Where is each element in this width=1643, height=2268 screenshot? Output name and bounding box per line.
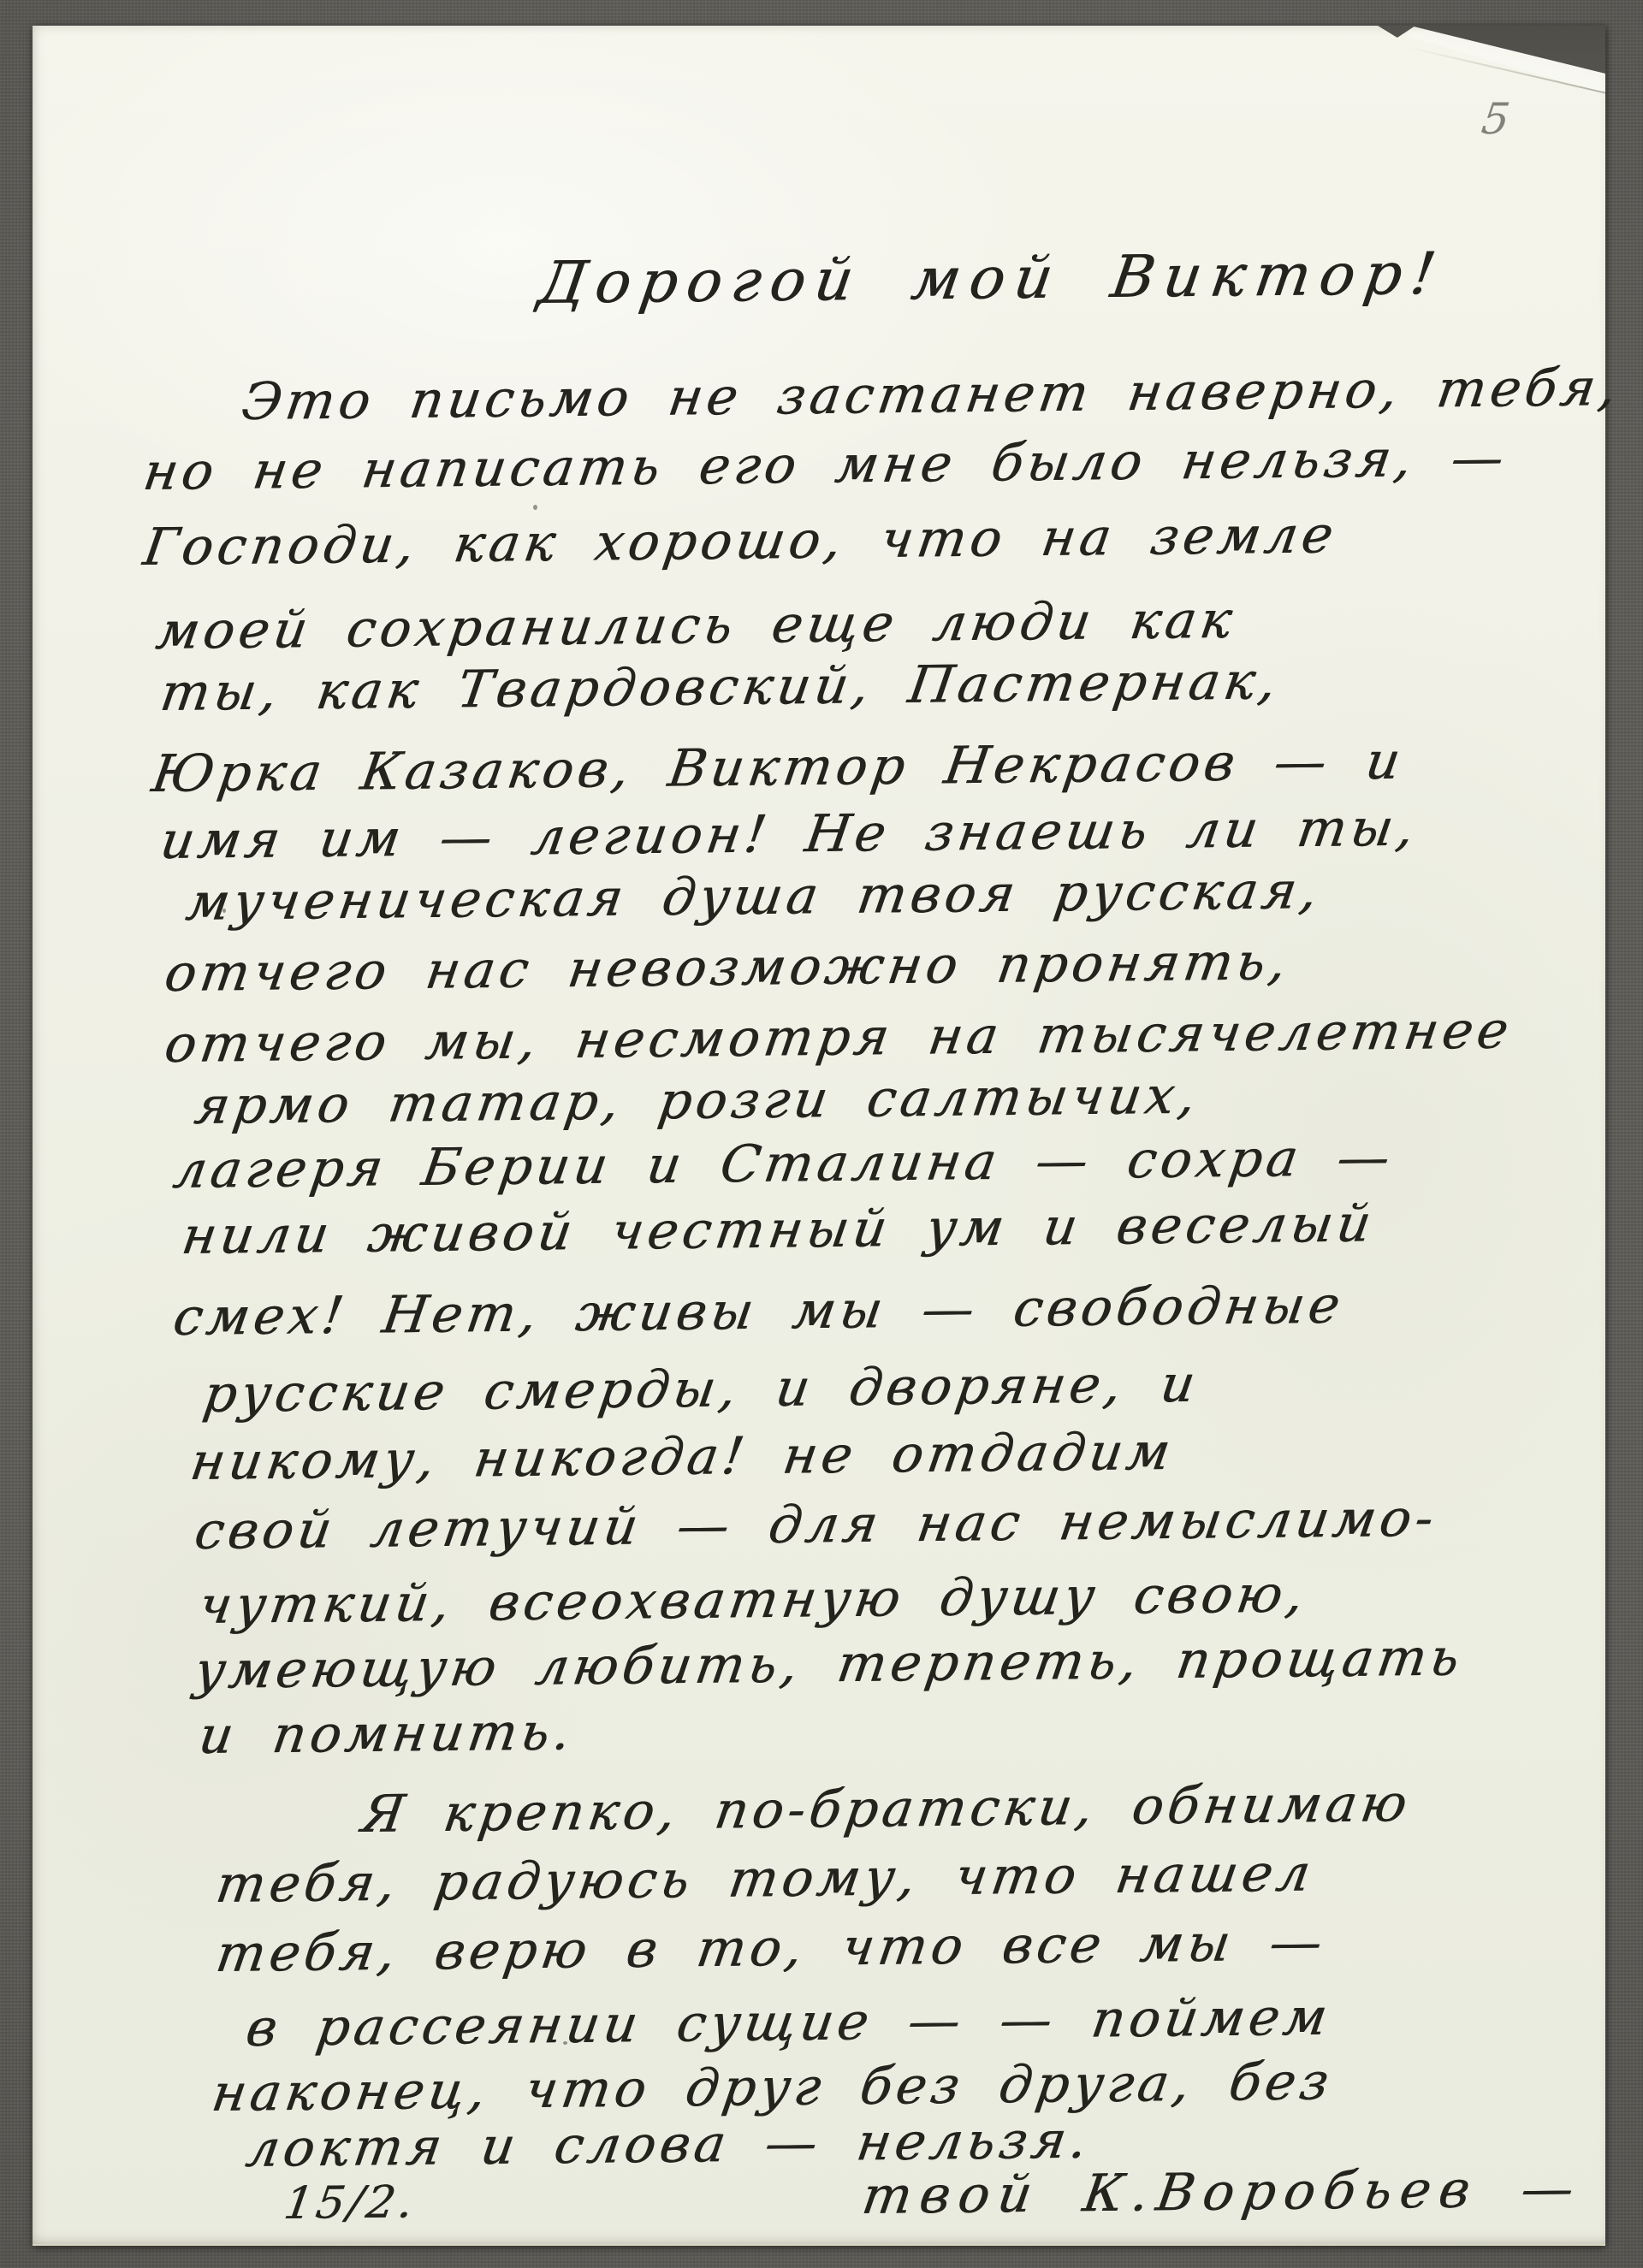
handwriting-line: ярмо татар, розги салтычих, <box>191 1066 1204 1136</box>
handwriting-line: чуткий, всеохватную душу свою, <box>195 1564 1312 1636</box>
handwriting-line: Это письмо не застанет наверно, тебя, <box>238 358 1624 432</box>
handwriting-line: русские смерды, и дворяне, и <box>199 1354 1203 1424</box>
handwriting-line: никому, никогда! не отдадим <box>187 1422 1178 1492</box>
handwriting-line: нили живой честный ум и веселый <box>178 1193 1379 1266</box>
paper-speck <box>533 505 537 510</box>
handwriting-line: моей сохранились еще люди как <box>152 590 1240 661</box>
handwriting-line: имя им — легион! Не знаешь ли ты, <box>157 798 1422 871</box>
handwriting-line: но не написать его мне было нельзя, — <box>139 428 1512 502</box>
handwriting-line: Господи, как хорошо, что на земле <box>139 505 1341 577</box>
handwriting-line: в рассеянии сущие — — поймем <box>242 1987 1335 2058</box>
handwriting-line: тебя, верю в то, что все мы — <box>212 1912 1330 1984</box>
handwriting-line: смех! Нет, живы мы — свободные <box>169 1276 1348 1347</box>
handwriting-line: Я крепко, по-братски, обнимаю <box>358 1774 1415 1845</box>
handwriting-line: тебя, радуюсь тому, что нашел <box>212 1844 1318 1915</box>
photo-background: 5 Дорогой мой Виктор! Это письмо не заст… <box>0 0 1643 2268</box>
handwriting-line: и помнить. <box>195 1702 578 1766</box>
handwriting-line: свой летучий — для нас немыслимо- <box>191 1489 1441 1561</box>
handwriting-line: мученическая душа твоя русская, <box>182 861 1326 933</box>
date-line: 15/2. <box>281 2176 419 2230</box>
handwriting-line: отчего нас невозможно пронять, <box>161 932 1294 1004</box>
salutation-line: Дорогой мой Виктор! <box>534 240 1449 317</box>
handwriting-line: ты, как Твардовский, Пастернак, <box>157 651 1284 723</box>
handwriting-line: лагеря Берии и Сталина — сохра — <box>169 1128 1397 1200</box>
page-number: 5 <box>1479 94 1515 144</box>
handwriting-line: отчего мы, несмотря на тысячелетнее <box>161 1001 1516 1075</box>
handwriting-line: умеющую любить, терпеть, прощать <box>191 1628 1468 1701</box>
handwriting-line: Юрка Казаков, Виктор Некрасов — и <box>148 731 1408 804</box>
signature-line: твой К.Воробьев — <box>858 2158 1586 2226</box>
folded-corner-cut <box>1410 26 1605 74</box>
handwriting-line: наконец, что друг без друга, без <box>208 2052 1337 2123</box>
letter-sheet: 5 Дорогой мой Виктор! Это письмо не заст… <box>33 26 1605 2246</box>
